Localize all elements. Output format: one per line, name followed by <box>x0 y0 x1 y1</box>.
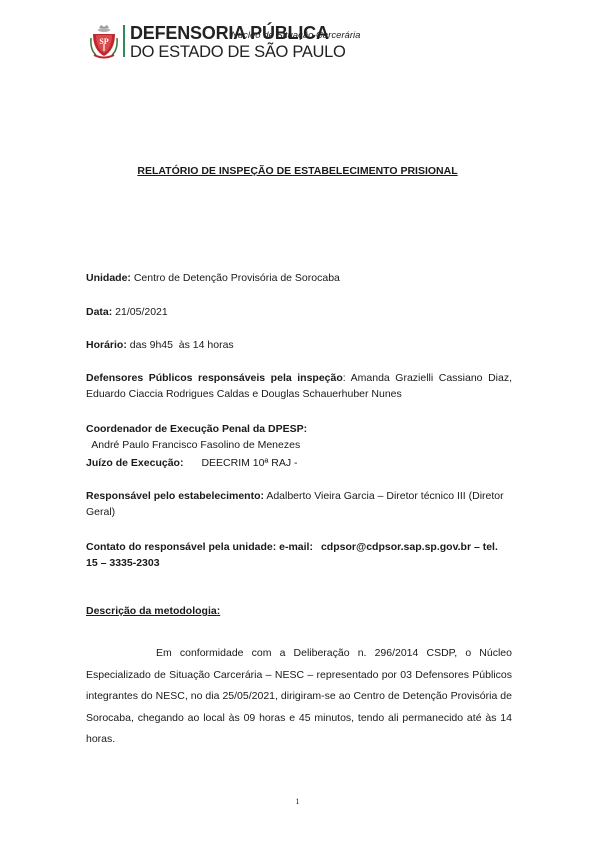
page-number: 1 <box>0 797 595 806</box>
letterhead: SP DEFENSORIA PÚBLICA DO ESTADO DE SÃO P… <box>90 22 510 67</box>
field-label: Coordenador de Execução Penal da DPESP: <box>86 423 307 435</box>
org-name-line2: DO ESTADO DE SÃO PAULO <box>130 43 346 62</box>
field-label: Responsável pelo estabelecimento: <box>86 490 264 502</box>
methodology-paragraph: Em conformidade com a Deliberação n. 296… <box>86 643 512 751</box>
field-label: Contato do responsável pela unidade: e-m… <box>86 541 313 553</box>
paragraph-text: Em conformidade com a Deliberação n. 296… <box>86 647 512 745</box>
unit-name: Núcleo de Situação Carcerária <box>231 30 360 41</box>
field-label: Unidade: <box>86 272 131 284</box>
field-value: das 9h45 às 14 horas <box>127 339 234 351</box>
field-label: Data: <box>86 306 112 318</box>
logo-divider <box>123 25 125 57</box>
document-title: RELATÓRIO DE INSPEÇÃO DE ESTABELECIMENTO… <box>0 165 595 177</box>
field-data: Data: 21/05/2021 <box>86 304 512 320</box>
field-unidade: Unidade: Centro de Detenção Provisória d… <box>86 270 512 286</box>
field-contato: Contato do responsável pela unidade: e-m… <box>86 539 512 571</box>
field-value: DEECRIM 10ª RAJ - <box>201 457 297 469</box>
field-horario: Horário: das 9h45 às 14 horas <box>86 337 512 353</box>
sp-coat-of-arms-icon: SP <box>90 24 118 60</box>
field-defensores: Defensores Públicos responsáveis pela in… <box>86 370 512 402</box>
section-heading-suffix: : <box>217 605 221 617</box>
field-label: Juízo de Execução: <box>86 457 183 469</box>
field-coordenador: Coordenador de Execução Penal da DPESP: … <box>86 421 512 453</box>
field-juizo: Juízo de Execução:DEECRIM 10ª RAJ - <box>86 455 512 471</box>
field-value: Centro de Detenção Provisória de Sorocab… <box>131 272 340 284</box>
field-label: Horário: <box>86 339 127 351</box>
section-heading-text: Descrição da metodologia <box>86 605 217 617</box>
section-heading-methodology: Descrição da metodologia: <box>86 605 220 617</box>
field-label: Defensores Públicos responsáveis pela in… <box>86 372 343 384</box>
field-responsavel: Responsável pelo estabelecimento: Adalbe… <box>86 488 512 520</box>
field-value: 21/05/2021 <box>112 306 167 318</box>
field-value: André Paulo Francisco Fasolino de Meneze… <box>86 439 300 451</box>
